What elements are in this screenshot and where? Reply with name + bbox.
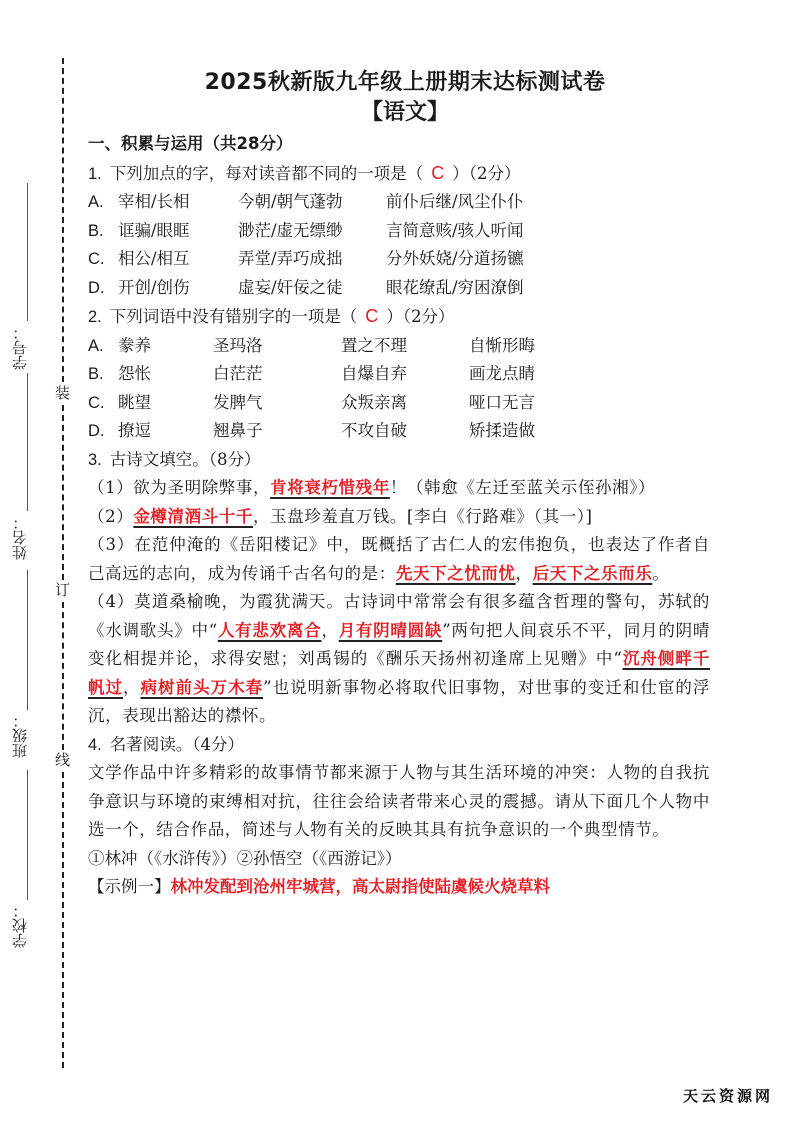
option-row: C.眺望发脾气众叛亲离哑口无言 [88, 389, 710, 418]
answer-choice: C [423, 163, 452, 183]
question-points: ）（2分） [386, 307, 454, 326]
text: ， [516, 564, 533, 583]
exam-title: 2025秋新版九年级上册期末达标测试卷 [88, 68, 710, 98]
option-item: 前仆后继/风尘仆仆 [386, 188, 524, 217]
option-letter: A. [88, 188, 118, 217]
name-label: 姓名： [10, 515, 30, 560]
option-item: 弄堂/弄巧成拙 [238, 245, 386, 274]
binding-mark-ding: 订 [55, 582, 70, 598]
option-item: 眼花缭乱/穷困潦倒 [386, 274, 524, 303]
text: ，玉盘珍羞直万钱。[李白《行路难》（其一）] [253, 507, 593, 526]
q3-part-1: （1）欲为圣明除弊事，肯将衰朽惜残年！（韩愈《左迁至蓝关示侄孙湘》） [88, 474, 710, 503]
text: 。 [652, 564, 669, 583]
example-label: 【示例一】 [88, 877, 171, 896]
question-number: 4. [88, 736, 102, 754]
question-number: 2. [88, 308, 102, 326]
binding-dashed-line [62, 58, 64, 382]
question-points: ）（2分） [452, 164, 520, 183]
question-number: 3. [88, 451, 102, 469]
option-row: D.撩逗翘鼻子不攻自破矫揉造做 [88, 417, 710, 446]
school-line [27, 770, 28, 900]
question-3-stem: 3.古诗文填空。（8分） [88, 446, 710, 475]
q4-choices: ①林冲（《水浒传》）②孙悟空（《西游记》） [88, 845, 710, 874]
option-item: 言简意赅/骇人听闻 [386, 217, 524, 246]
filled-answer: 先天下之忧而忧 [396, 564, 516, 583]
option-item: 翘鼻子 [213, 417, 341, 446]
option-item: 画龙点睛 [469, 364, 535, 383]
binding-dashed-line [62, 772, 64, 1068]
option-row: B.诓骗/眼眶渺茫/虚无缥缈言简意赅/骇人听闻 [88, 217, 710, 246]
answer-choice: C [357, 306, 386, 326]
filled-answer: 人有悲欢离合 [218, 621, 322, 640]
option-letter: B. [88, 217, 118, 246]
option-item: 分外妖娆/分道扬镳 [386, 245, 524, 274]
option-item: 自惭形晦 [469, 336, 535, 355]
section-heading: 一、积累与运用（共28分） [88, 130, 710, 159]
text: ， [321, 621, 338, 640]
question-text: 下列加点的字，每对读音都不同的一项是（ [110, 164, 424, 183]
filled-answer: 病树前头万木春 [141, 678, 264, 697]
option-letter: B. [88, 360, 118, 389]
question-text: 名著阅读。（4分） [110, 735, 244, 754]
option-item: 今朝/朝气蓬勃 [238, 188, 386, 217]
option-letter: C. [88, 245, 118, 274]
school-label: 学校： [10, 903, 30, 948]
q3-part-4: （4）莫道桑榆晚，为霞犹满天。古诗词中常常会有很多蕴含哲理的警句，苏轼的《水调歌… [88, 588, 710, 731]
exam-subject: 【语文】 [88, 98, 710, 128]
filled-answer: 金樽清酒斗十千 [133, 507, 253, 526]
binding-mark-xian: 线 [55, 752, 70, 768]
option-letter: D. [88, 274, 118, 303]
option-item: 发脾气 [213, 389, 341, 418]
option-item: 圣玛洛 [213, 332, 341, 361]
option-item: 虚妄/奸佞之徒 [238, 274, 386, 303]
option-item: 诓骗/眼眶 [118, 217, 238, 246]
q3-part-3: （3）在范仲淹的《岳阳楼记》中，既概括了古仁人的宏伟抱负，也表达了作者自己高远的… [88, 531, 710, 588]
text: ， [123, 678, 141, 697]
class-line [27, 570, 28, 710]
option-item: 眺望 [118, 389, 213, 418]
option-item: 豢养 [118, 332, 213, 361]
binding-margin: 装 订 线 学号： 姓名： 班级： 学校： [0, 0, 80, 1122]
text: （1）欲为圣明除弊事， [88, 478, 270, 497]
q3-part-2: （2）金樽清酒斗十千，玉盘珍羞直万钱。[李白《行路难》（其一）] [88, 503, 710, 532]
question-4-stem: 4.名著阅读。（4分） [88, 731, 710, 760]
binding-dashed-line [62, 602, 64, 750]
option-item: 哑口无言 [469, 393, 535, 412]
q4-body: 文学作品中许多精彩的故事情节都来源于人物与其生活环境的冲突：人物的自我抗争意识与… [88, 759, 710, 845]
filled-answer: 肯将衰朽惜残年 [270, 478, 390, 497]
question-text: 下列词语中没有错别字的一项是（ [110, 307, 358, 326]
option-letter: D. [88, 417, 118, 446]
filled-answer: 月有阴晴圆缺 [339, 621, 443, 640]
filled-answer: 后天下之乐而乐 [533, 564, 653, 583]
option-item: 宰相/长相 [118, 188, 238, 217]
option-item: 置之不理 [341, 332, 469, 361]
question-number: 1. [88, 165, 102, 183]
example-answer: 林冲发配到沧州牢城营，高太尉指使陆虞候火烧草料 [171, 877, 551, 896]
q4-example: 【示例一】林冲发配到沧州牢城营，高太尉指使陆虞候火烧草料 [88, 873, 710, 902]
option-item: 怨怅 [118, 360, 213, 389]
option-item: 自爆自弃 [341, 360, 469, 389]
text: （2） [88, 507, 133, 526]
text: ！（韩愈《左迁至蓝关示侄孙湘》） [390, 478, 655, 497]
option-row: C.相公/相互弄堂/弄巧成拙分外妖娆/分道扬镳 [88, 245, 710, 274]
exam-page: 2025秋新版九年级上册期末达标测试卷 【语文】 一、积累与运用（共28分） 1… [88, 68, 710, 902]
option-item: 白茫茫 [213, 360, 341, 389]
option-item: 不攻自破 [341, 417, 469, 446]
option-item: 相公/相互 [118, 245, 238, 274]
question-2-stem: 2.下列词语中没有错别字的一项是（C）（2分） [88, 302, 710, 332]
option-item: 开创/创伤 [118, 274, 238, 303]
question-1-stem: 1.下列加点的字，每对读音都不同的一项是（C）（2分） [88, 159, 710, 189]
option-item: 矫揉造做 [469, 421, 535, 440]
option-row: A.宰相/长相今朝/朝气蓬勃前仆后继/风尘仆仆 [88, 188, 710, 217]
option-item: 众叛亲离 [341, 389, 469, 418]
option-row: B.怨怅白茫茫自爆自弃画龙点睛 [88, 360, 710, 389]
class-label: 班级： [10, 713, 30, 758]
binding-mark-zhuang: 装 [55, 385, 70, 401]
option-letter: A. [88, 332, 118, 361]
option-item: 渺茫/虚无缥缈 [238, 217, 386, 246]
name-line [27, 373, 28, 511]
student-id-line [27, 183, 28, 321]
option-letter: C. [88, 389, 118, 418]
question-text: 古诗文填空。（8分） [110, 450, 261, 469]
binding-dashed-line [62, 405, 64, 580]
watermark: 天云资源网 [683, 1085, 793, 1106]
option-row: D.开创/创伤虚妄/奸佞之徒眼花缭乱/穷困潦倒 [88, 274, 710, 303]
option-row: A.豢养圣玛洛置之不理自惭形晦 [88, 332, 710, 361]
student-id-label: 学号： [10, 325, 30, 370]
option-item: 撩逗 [118, 417, 213, 446]
